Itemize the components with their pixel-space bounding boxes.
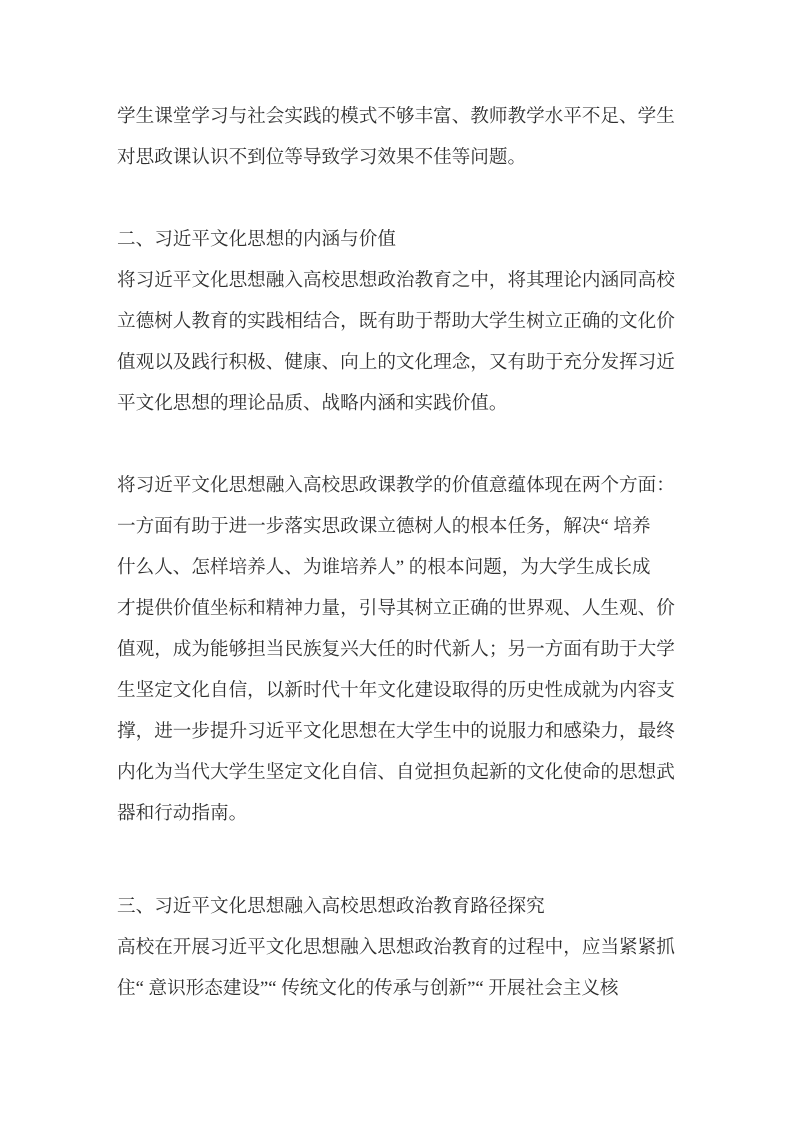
text-line: 什么人、怎样培养人、为谁培养人” 的根本问题，为大学生成长成 — [117, 547, 677, 588]
document-page: 学生课堂学习与社会实践的模式不够丰富、教师教学水平不足、学生 对思政课认识不到位… — [0, 0, 793, 1122]
text-line: 才提供价值坐标和精神力量，引导其树立正确的世界观、人生观、价 — [117, 588, 677, 629]
text-line: 内化为当代大学生坚定文化自信、自觉担负起新的文化使命的思想武 — [117, 752, 677, 793]
section-heading-2: 二、习近平文化思想的内涵与价值 — [117, 219, 677, 260]
paragraph-continuation: 学生课堂学习与社会实践的模式不够丰富、教师教学水平不足、学生 对思政课认识不到位… — [117, 96, 677, 178]
paragraph-path-exploration: 高校在开展习近平文化思想融入思想政治教育的过程中，应当紧紧抓 住“ 意识形态建设… — [117, 927, 677, 1009]
text-line: 平文化思想的理论品质、战略内涵和实践价值。 — [117, 383, 677, 424]
text-line: 器和行动指南。 — [117, 793, 677, 834]
section-heading-3: 三、习近平文化思想融入高校思想政治教育路径探究 — [117, 886, 677, 927]
text-line: 值观，成为能够担当民族复兴大任的时代新人；另一方面有助于大学 — [117, 629, 677, 670]
document-body: 学生课堂学习与社会实践的模式不够丰富、教师教学水平不足、学生 对思政课认识不到位… — [117, 96, 677, 1009]
paragraph-value-overview: 将习近平文化思想融入高校思想政治教育之中，将其理论内涵同高校 立德树人教育的实践… — [117, 260, 677, 424]
heading-text: 二、习近平文化思想的内涵与价值 — [117, 219, 677, 260]
text-line: 学生课堂学习与社会实践的模式不够丰富、教师教学水平不足、学生 — [117, 96, 677, 137]
paragraph-two-aspects: 将习近平文化思想融入高校思政课教学的价值意蕴体现在两个方面： 一方面有助于进一步… — [117, 465, 677, 834]
heading-text: 三、习近平文化思想融入高校思想政治教育路径探究 — [117, 886, 677, 927]
text-line: 生坚定文化自信，以新时代十年文化建设取得的历史性成就为内容支 — [117, 670, 677, 711]
text-line: 一方面有助于进一步落实思政课立德树人的根本任务，解决“ 培养 — [117, 506, 677, 547]
text-line: 值观以及践行积极、健康、向上的文化理念，又有助于充分发挥习近 — [117, 342, 677, 383]
text-line: 对思政课认识不到位等导致学习效果不佳等问题。 — [117, 137, 677, 178]
text-line: 立德树人教育的实践相结合，既有助于帮助大学生树立正确的文化价 — [117, 301, 677, 342]
text-line: 住“ 意识形态建设”“ 传统文化的传承与创新”“ 开展社会主义核 — [117, 968, 677, 1009]
text-line: 将习近平文化思想融入高校思政课教学的价值意蕴体现在两个方面： — [117, 465, 677, 506]
text-line: 高校在开展习近平文化思想融入思想政治教育的过程中，应当紧紧抓 — [117, 927, 677, 968]
text-line: 将习近平文化思想融入高校思想政治教育之中，将其理论内涵同高校 — [117, 260, 677, 301]
text-line: 撑，进一步提升习近平文化思想在大学生中的说服力和感染力，最终 — [117, 711, 677, 752]
